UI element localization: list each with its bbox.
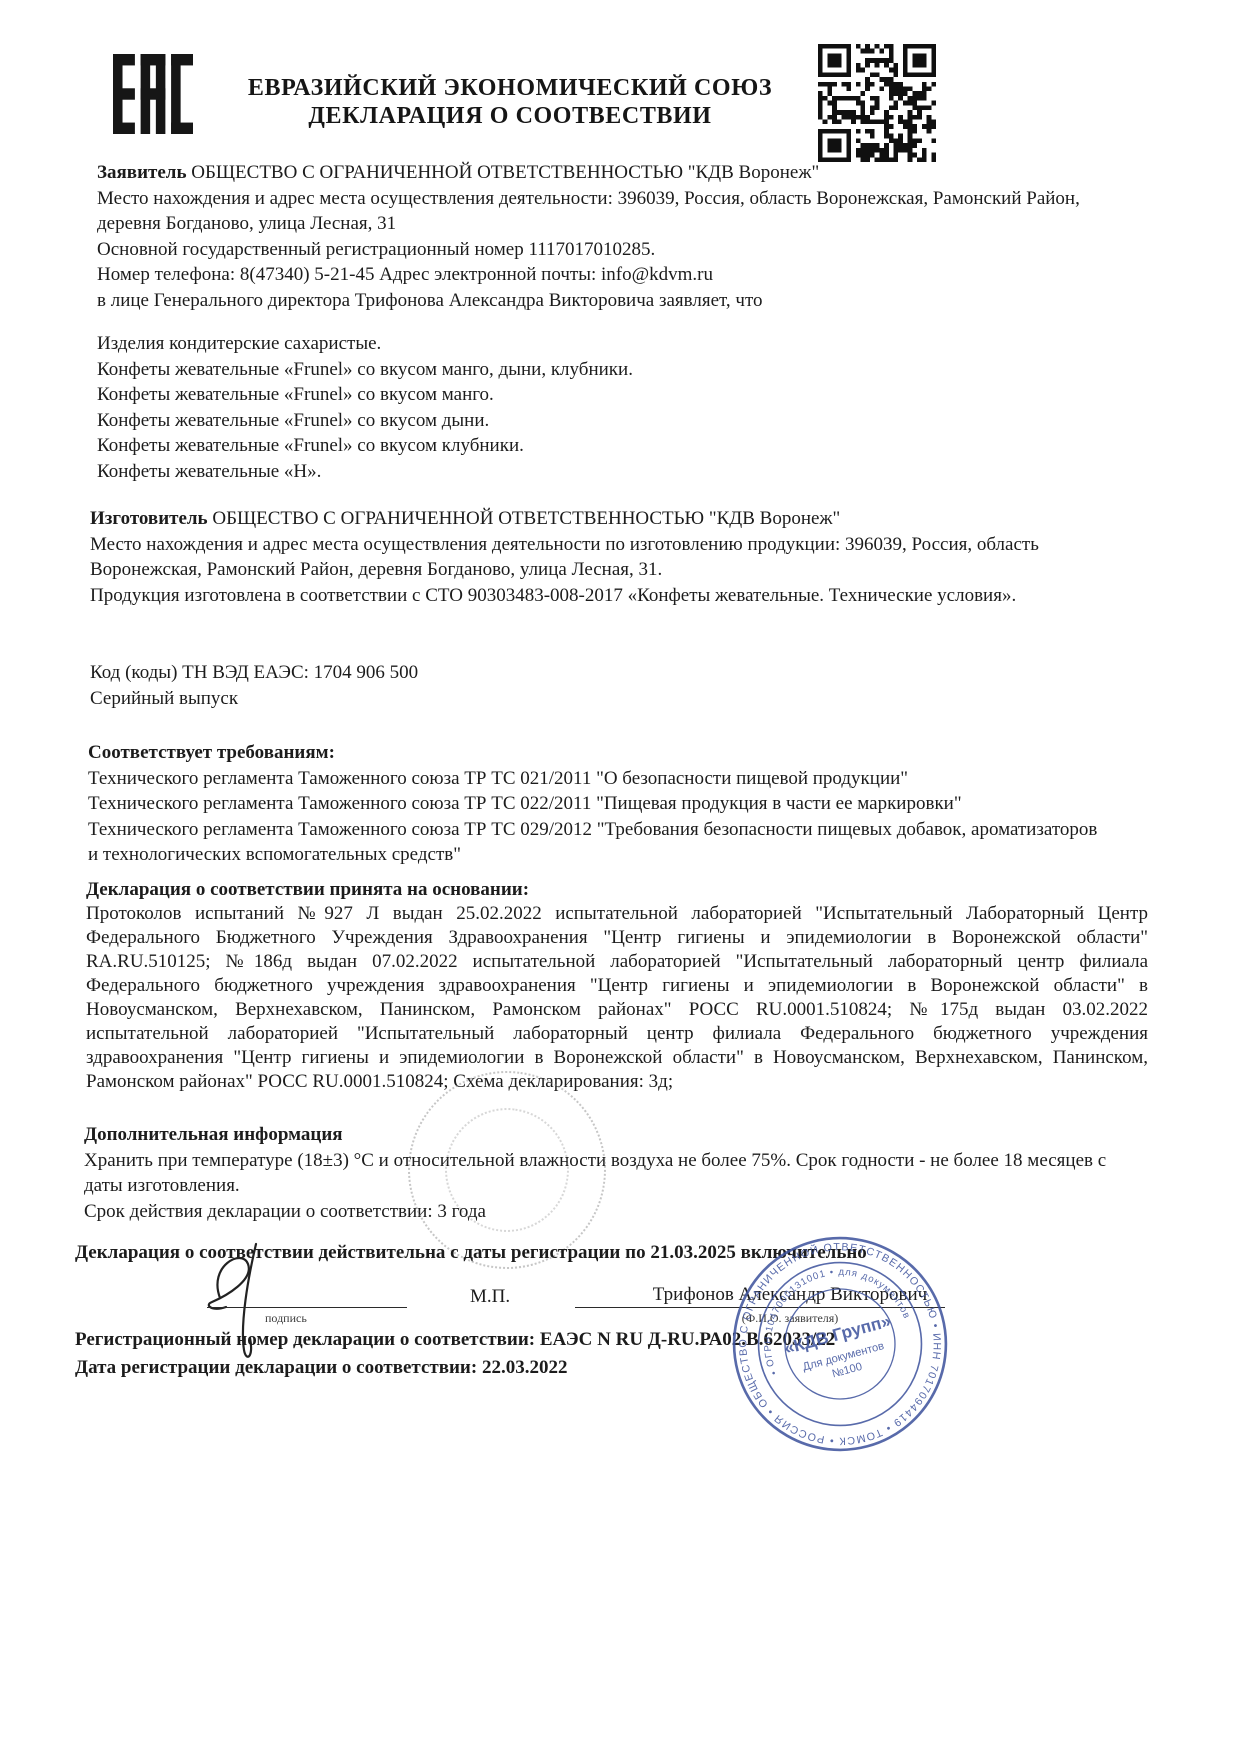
tnved-code: Код (коды) ТН ВЭД ЕАЭС: 1704 906 500 [90,660,1090,686]
svg-text:ОБЩЕСТВО С ОГРАНИЧЕННОЙ ОТВЕТС: ОБЩЕСТВО С ОГРАНИЧЕННОЙ ОТВЕТСТВЕННОСТЬЮ… [728,1232,952,1456]
applicant-line: Заявитель ОБЩЕСТВО С ОГРАНИЧЕННОЙ ОТВЕТС… [97,160,1102,186]
signature-caption: подпись [265,1311,307,1326]
manufacturer-line: Изготовитель ОБЩЕСТВО С ОГРАНИЧЕННОЙ ОТВ… [90,506,1090,532]
eac-logo [113,52,193,136]
product-item: Конфеты жевательные «Frunel» со вкусом м… [97,357,1097,383]
document-title: ЕВРАЗИЙСКИЙ ЭКОНОМИЧЕСКИЙ СОЮЗ ДЕКЛАРАЦИ… [230,74,790,130]
basis-text: Протоколов испытаний №927 Л выдан 25.02.… [86,902,1148,1094]
qr-code [818,44,936,162]
company-stamp: ОБЩЕСТВО С ОГРАНИЧЕННОЙ ОТВЕТСТВЕННОСТЬЮ… [728,1232,952,1456]
manufacturer-name: ОБЩЕСТВО С ОГРАНИЧЕННОЙ ОТВЕТСТВЕННОСТЬЮ… [208,508,841,529]
signature-line [207,1307,407,1308]
manufacturer-sto: Продукция изготовлена в соответствии с С… [90,583,1090,609]
product-item: Конфеты жевательные «Н». [97,459,1097,485]
product-item: Конфеты жевательные «Frunel» со вкусом д… [97,408,1097,434]
declaration-document: ЕВРАЗИЙСКИЙ ЭКОНОМИЧЕСКИЙ СОЮЗ ДЕКЛАРАЦИ… [0,0,1240,1754]
registration-number-line: Регистрационный номер декларации о соотв… [75,1327,1175,1353]
serial-issue: Серийный выпуск [90,686,1090,712]
manufacturer-label: Изготовитель [90,508,208,529]
title-line-declaration: ДЕКЛАРАЦИЯ О СООТВЕСТВИИ [230,102,790,130]
registration-date-line: Дата регистрации декларации о соответств… [75,1355,1175,1381]
compliance-heading: Соответствует требованиям: [88,740,1100,766]
compliance-item: Технического регламента Таможенного союз… [88,791,1100,817]
compliance-item: Технического регламента Таможенного союз… [88,817,1100,868]
manufacturer-address: Место нахождения и адрес места осуществл… [90,532,1090,583]
manufacturer-section: Изготовитель ОБЩЕСТВО С ОГРАНИЧЕННОЙ ОТВ… [90,506,1090,608]
applicant-section: Заявитель ОБЩЕСТВО С ОГРАНИЧЕННОЙ ОТВЕТС… [97,160,1102,313]
eac-mark-icon [113,52,193,136]
seal-place-mark: М.П. [470,1284,510,1310]
products-section: Изделия кондитерские сахаристые. Конфеты… [97,331,1097,484]
applicant-name: ОБЩЕСТВО С ОГРАНИЧЕННОЙ ОТВЕТСТВЕННОСТЬЮ… [187,162,820,183]
applicant-contacts: Номер телефона: 8(47340) 5-21-45 Адрес э… [97,262,1102,288]
compliance-item: Технического регламента Таможенного союз… [88,766,1100,792]
applicant-ogrn: Основной государственный регистрационный… [97,237,1102,263]
product-item: Изделия кондитерские сахаристые. [97,331,1097,357]
additional-heading: Дополнительная информация [84,1122,1124,1148]
compliance-section: Соответствует требованиям: Технического … [88,740,1100,868]
applicant-label: Заявитель [97,162,187,183]
basis-heading: Декларация о соответствии принята на осн… [86,878,1148,902]
applicant-representative: в лице Генерального директора Трифонова … [97,288,1102,314]
applicant-address: Место нахождения и адрес места осуществл… [97,186,1102,237]
stamp-outer-ring-text: ОБЩЕСТВО С ОГРАНИЧЕННОЙ ОТВЕТСТВЕННОСТЬЮ… [728,1232,952,1456]
declaration-validity-period: Срок действия декларации о соответствии:… [84,1199,1124,1225]
product-item: Конфеты жевательные «Frunel» со вкусом к… [97,433,1097,459]
product-item: Конфеты жевательные «Frunel» со вкусом м… [97,382,1097,408]
basis-section: Декларация о соответствии принята на осн… [86,878,1148,1094]
codes-section: Код (коды) ТН ВЭД ЕАЭС: 1704 906 500 Сер… [90,660,1090,711]
title-line-union: ЕВРАЗИЙСКИЙ ЭКОНОМИЧЕСКИЙ СОЮЗ [230,74,790,102]
